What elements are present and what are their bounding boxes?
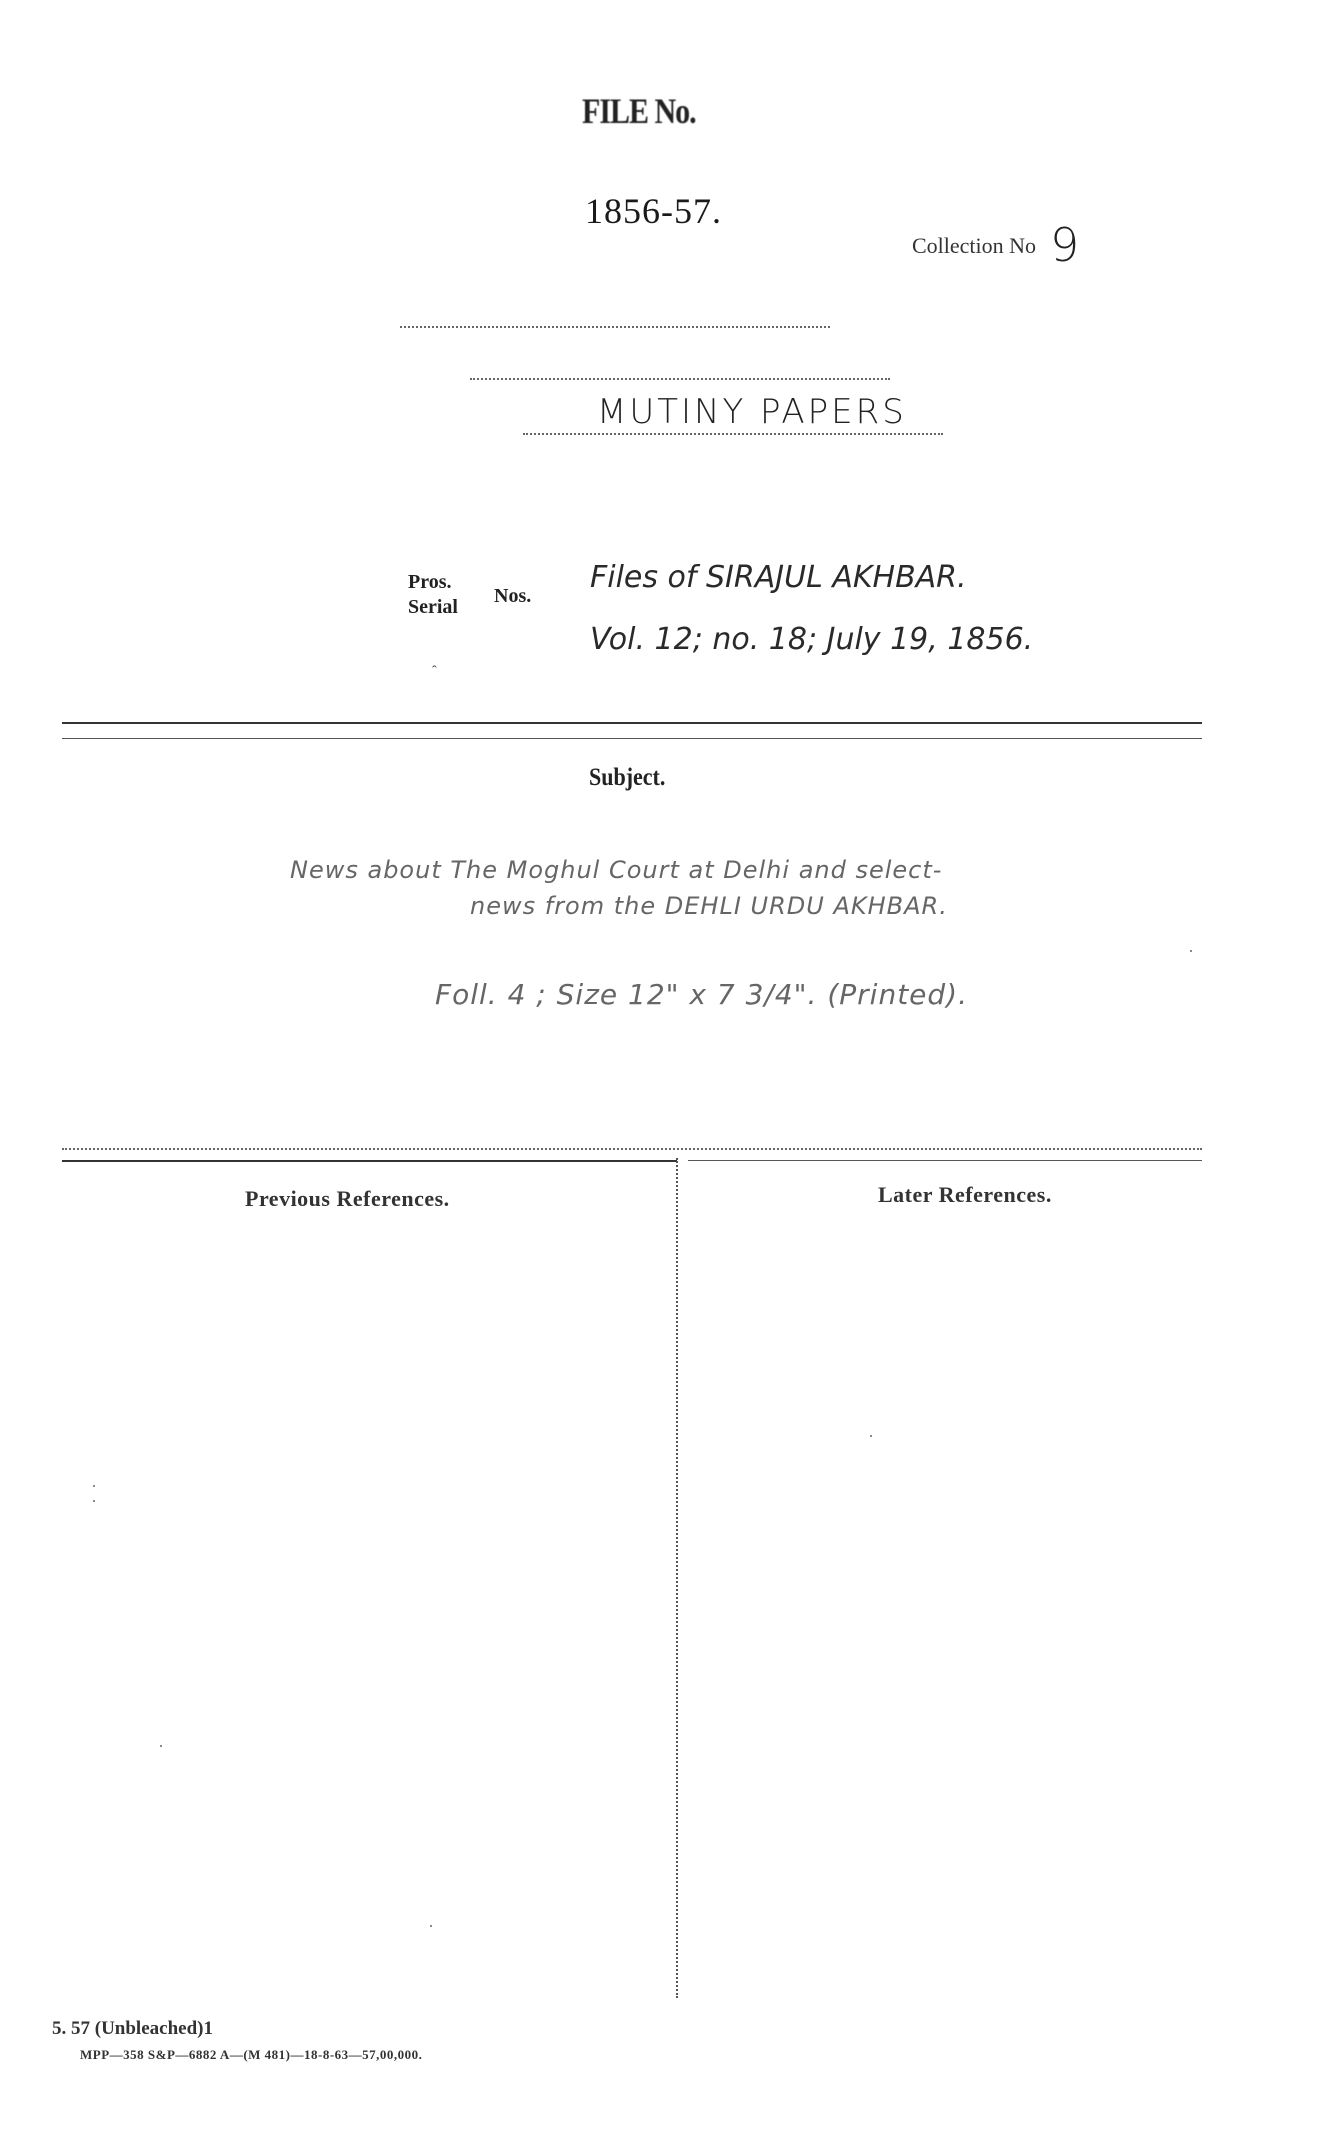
label-serial: Serial (408, 595, 458, 619)
subject-line-1: News about The Moghul Court at Delhi and… (290, 856, 942, 884)
section-rule-top-2 (62, 738, 1202, 739)
scan-speck (93, 1485, 95, 1487)
subject-line-2: news from the DEHLI URDU AKHBAR. (470, 892, 948, 920)
file-number-stamp: FILE No. (582, 92, 696, 133)
section-rule-top (62, 722, 1202, 724)
header-rule-2 (470, 378, 890, 380)
scan-speck (160, 1745, 162, 1747)
section-rule-mid-right (688, 1160, 1202, 1161)
label-nos: Nos. (494, 584, 531, 608)
section-rule-mid-left (62, 1160, 677, 1162)
references-divider (676, 1158, 678, 1998)
collection-value: 9 (1050, 218, 1079, 272)
scan-speck (870, 1435, 872, 1437)
footer-print-code: MPP—358 S&P—6882 A—(M 481)—18-8-63—57,00… (80, 2047, 422, 2063)
header-rule-1 (400, 326, 830, 328)
section-rule-mid (62, 1148, 1202, 1150)
scan-speck (1190, 950, 1192, 952)
document-title: MUTINY PAPERS (597, 392, 907, 432)
footer-form-code: 5. 57 (Unbleached)1 (52, 2018, 213, 2040)
scan-speck (93, 1500, 95, 1502)
scan-speck (430, 1925, 432, 1927)
file-title: Files of SIRAJUL AKHBAR. (590, 560, 967, 595)
previous-references-area (62, 1220, 667, 1990)
file-volume: Vol. 12; no. 18; July 19, 1856. (590, 622, 1033, 657)
year-range: 1856-57. (585, 190, 722, 232)
previous-references-heading: Previous References. (245, 1186, 450, 1212)
title-underline (523, 433, 943, 435)
subject-heading: Subject. (589, 762, 665, 792)
later-references-heading: Later References. (878, 1182, 1052, 1208)
mark-speck: ˆ (432, 664, 437, 680)
collection-label: Collection No (912, 233, 1036, 258)
subject-folio-size: Foll. 4 ; Size 12" x 7 3/4". (Printed). (435, 978, 968, 1011)
label-pros: Pros. (408, 570, 452, 594)
later-references-area (690, 1220, 1202, 1990)
collection-number: Collection No 9 (912, 218, 1079, 272)
